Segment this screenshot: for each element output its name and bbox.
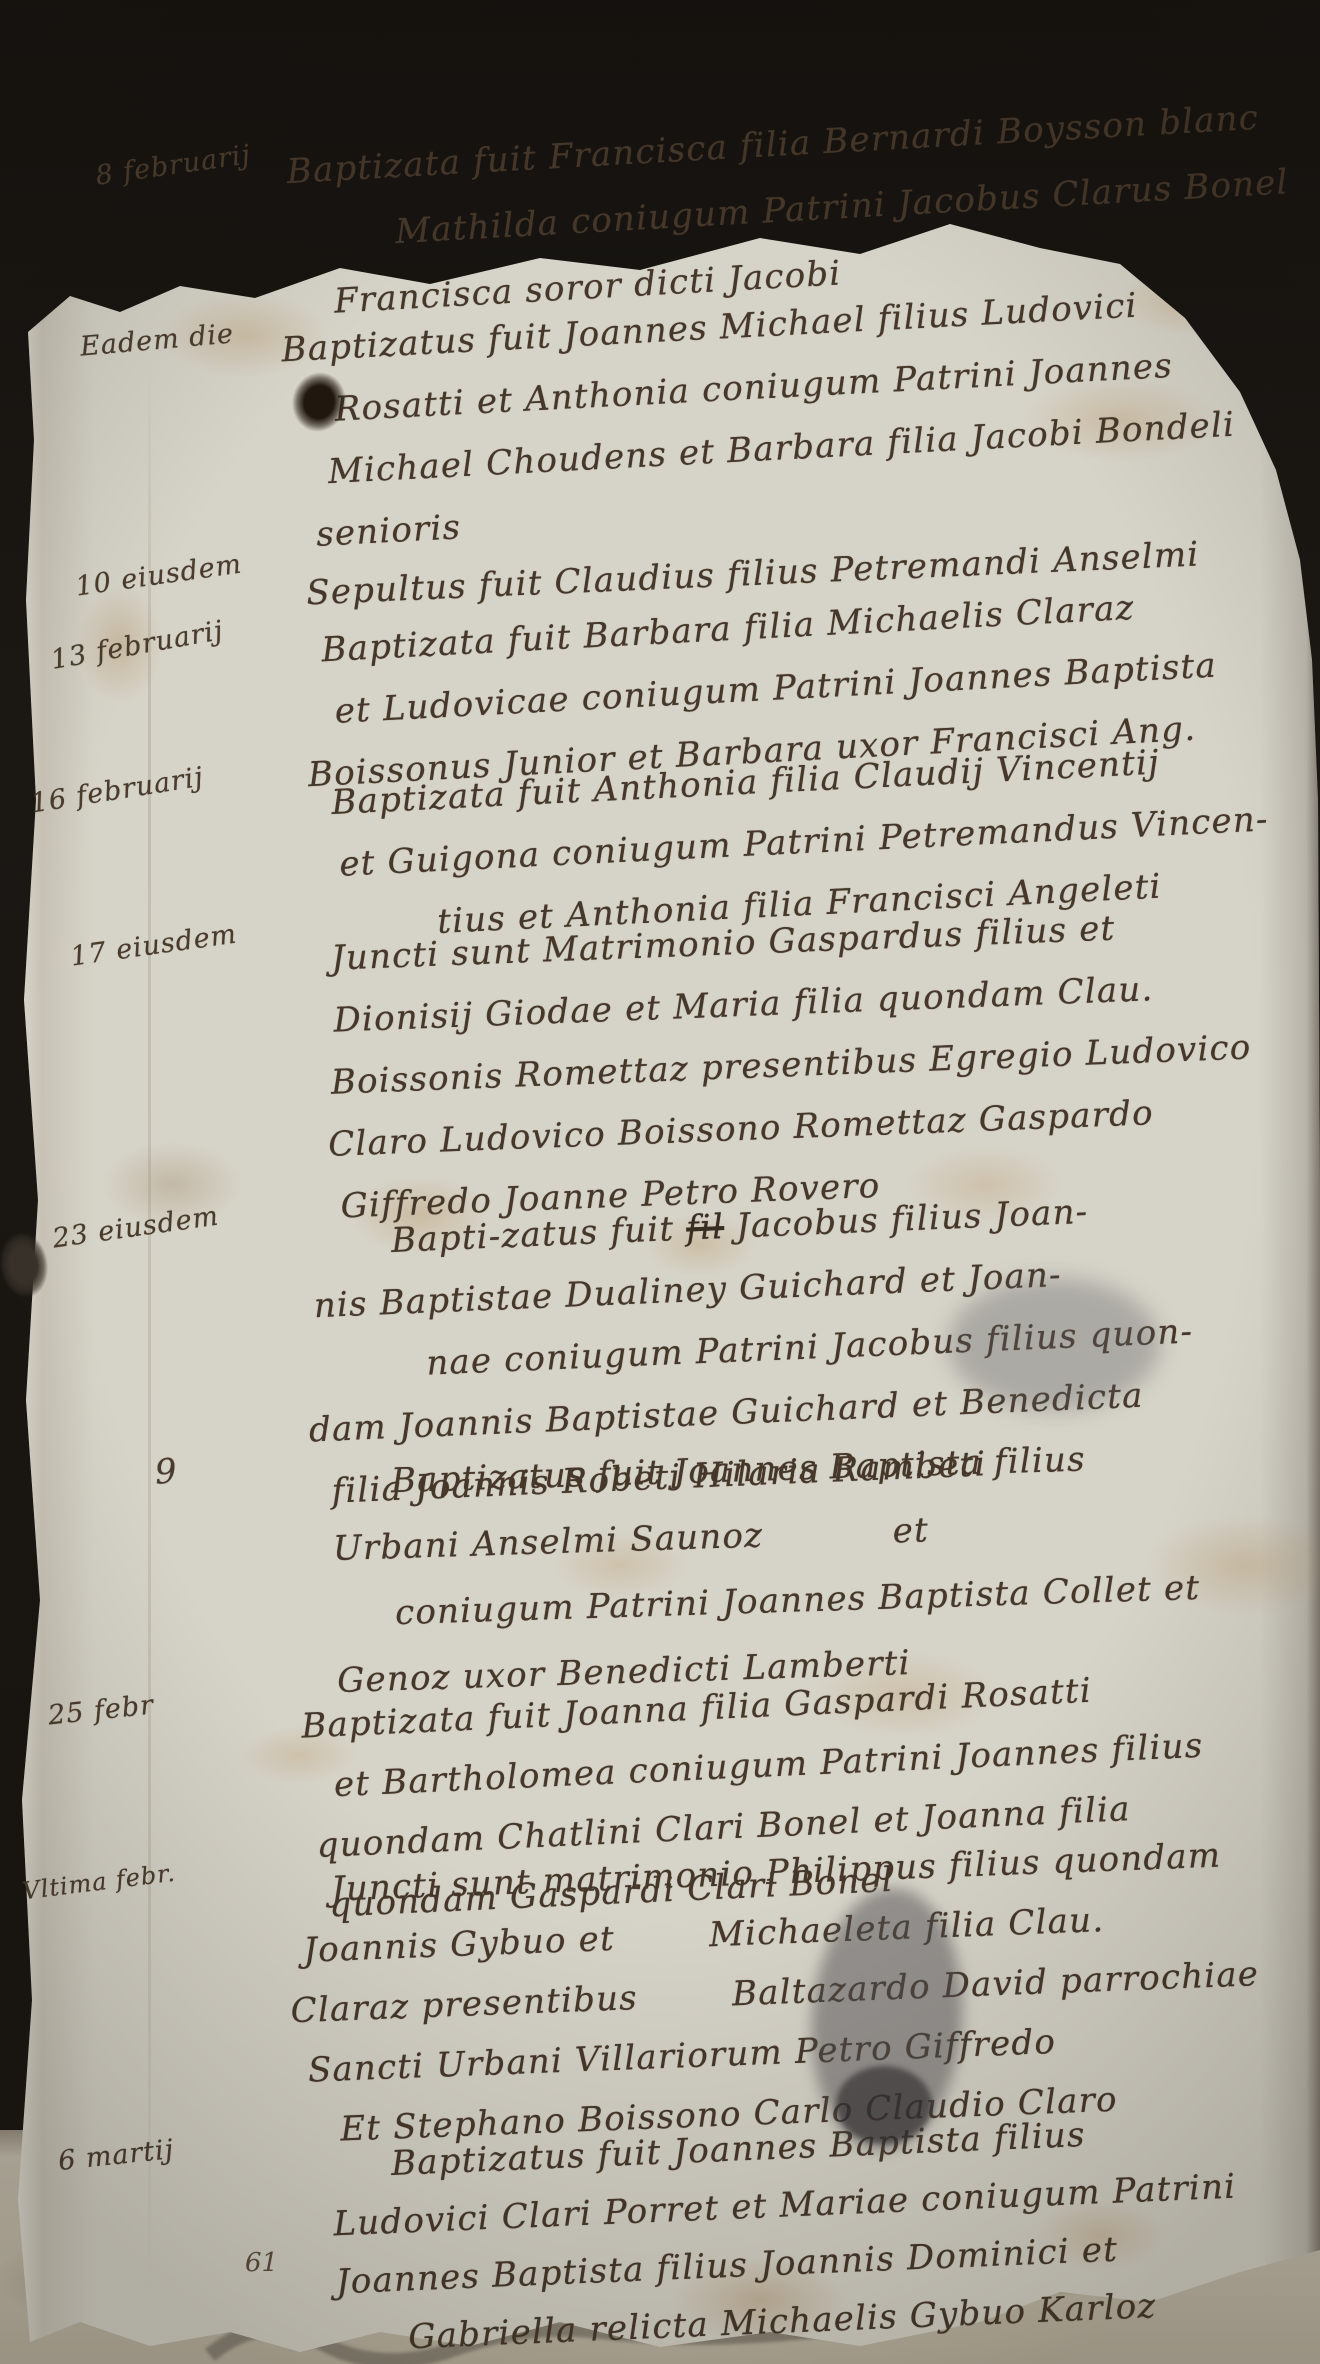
register-entry: Baptizatus fuit Joannes Baptista filius … xyxy=(270,2096,1320,2364)
ink-smudge xyxy=(948,1278,1160,1410)
manuscript-photo: 8 februarij Eadem die 10 eiusdem 13 febr… xyxy=(0,0,1320,2364)
struck-out-word: fil xyxy=(685,1207,725,1249)
margin-date: 9 xyxy=(154,1451,179,1492)
folio-number: 61 xyxy=(245,2248,278,2278)
entry-line-segment: Bapti-zatus fuit xyxy=(390,1209,675,1261)
margin-date: 8 februarij xyxy=(94,139,253,191)
entry-line-segment: Jacobus filius Joan- xyxy=(735,1192,1089,1247)
ink-smudge xyxy=(836,2066,932,2144)
